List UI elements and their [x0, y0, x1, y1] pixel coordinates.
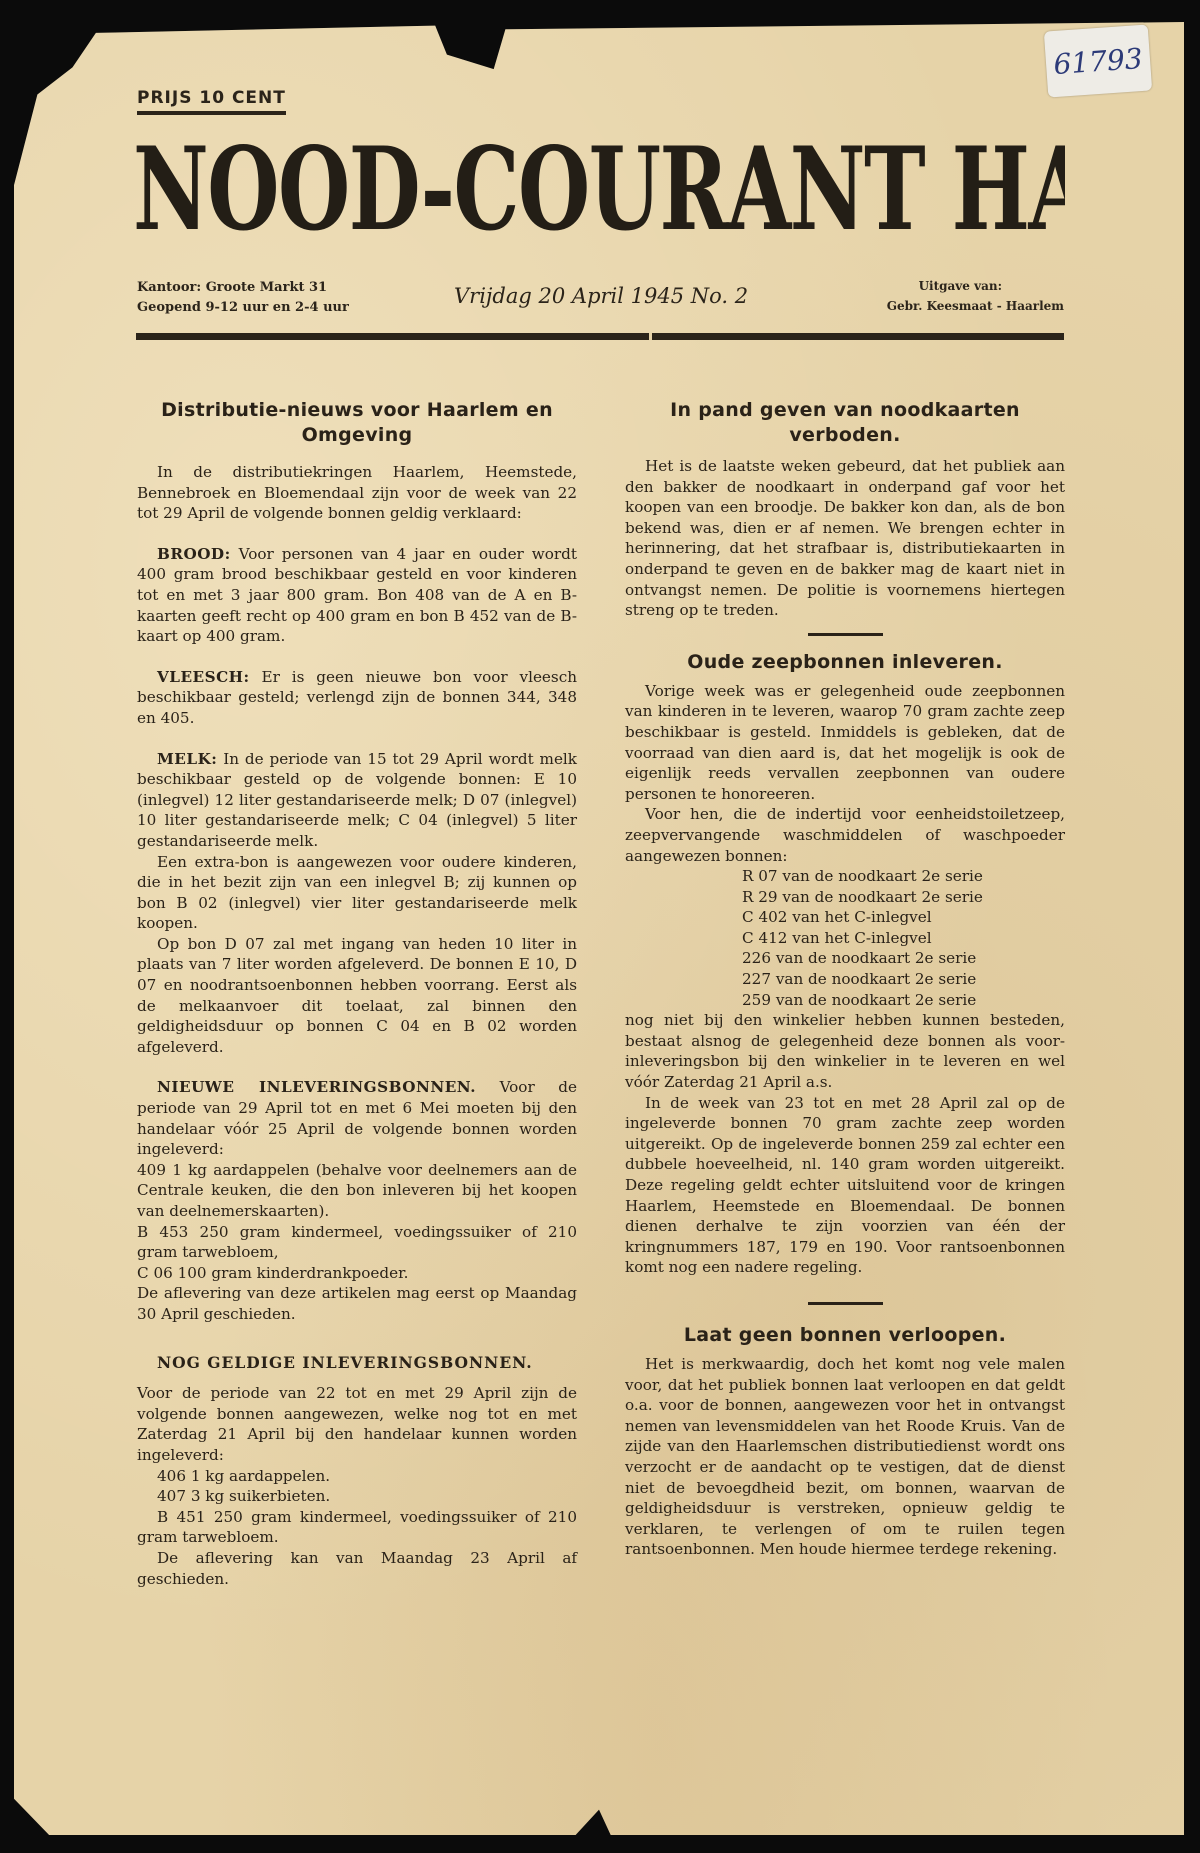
list-item: 407 3 kg suikerbieten. [157, 1486, 577, 1507]
nog-geldige-heading: NOG GELDIGE INLEVERINGSBONNEN. [137, 1353, 577, 1374]
vleesch-label: VLEESCH: [157, 668, 250, 686]
list-item: C 402 van het C-inlegvel [742, 907, 1065, 928]
nieuwe-item: B 453 250 gram kindermeel, voedingssuike… [137, 1222, 577, 1263]
masthead-title: NOOD-COURANT HAARLEM [133, 133, 1065, 245]
vleesch-paragraph: VLEESCH: Er is geen nieuwe bon voor vlee… [137, 667, 577, 729]
nieuwe-item: 409 1 kg aardappelen (behalve voor deeln… [137, 1160, 577, 1222]
nog-text: Voor de periode van 22 tot en met 29 Apr… [137, 1383, 577, 1465]
masthead-rule [136, 333, 1064, 340]
list-item: C 412 van het C-inlegvel [742, 928, 1065, 949]
publisher-label: Uitgave van: [840, 276, 1064, 296]
article-headline-noodkaarten: In pand geven van noodkaarten verboden. [625, 398, 1065, 448]
office-address: Kantoor: Groote Markt 31 [137, 278, 349, 298]
office-info: Kantoor: Groote Markt 31 Geopend 9-12 uu… [137, 278, 349, 318]
article-headline-verloopen: Laat geen bonnen verloopen. [625, 1323, 1065, 1348]
list-item: B 451 250 gram kindermeel, voedingssuike… [137, 1507, 577, 1548]
nog-footer: De aflevering kan van Maandag 23 April a… [137, 1548, 577, 1589]
left-column: Distributie-nieuws voor Haarlem en Omgev… [137, 398, 577, 1589]
nieuwe-paragraph: NIEUWE INLEVERINGSBONNEN. Voor de period… [137, 1077, 577, 1159]
zeepbonnen-paragraph-3: nog niet bij den winkelier hebben kunnen… [625, 1010, 1065, 1092]
nieuwe-item: De aflevering van deze artikelen mag eer… [137, 1283, 577, 1324]
list-item: 226 van de noodkaart 2e serie [742, 948, 1065, 969]
intro-paragraph: In de distributiekringen Haarlem, Heemst… [137, 462, 577, 524]
nieuwe-label: NIEUWE INLEVERINGSBONNEN. [157, 1078, 476, 1096]
publisher-info: Uitgave van: Gebr. Keesmaat - Haarlem [840, 276, 1064, 316]
list-item: 227 van de noodkaart 2e serie [742, 969, 1065, 990]
catalog-number-label: 61793 [1044, 24, 1152, 97]
article-separator [808, 633, 883, 636]
zeepbonnen-paragraph-2: Voor hen, die de indertijd voor eenheids… [625, 804, 1065, 866]
article-headline-distributie: Distributie-nieuws voor Haarlem en Omgev… [137, 398, 577, 448]
list-item: 259 van de noodkaart 2e serie [742, 990, 1065, 1011]
nieuwe-item: C 06 100 gram kinderdrankpoeder. [137, 1263, 577, 1284]
zeepbonnen-paragraph-1: Vorige week was er gelegenheid oude zeep… [625, 681, 1065, 805]
brood-paragraph: BROOD: Voor personen van 4 jaar en ouder… [137, 544, 577, 647]
list-item: 406 1 kg aardappelen. [157, 1466, 577, 1487]
noodkaarten-text: Het is de laatste weken gebeurd, dat het… [625, 456, 1065, 621]
dateline: Vrijdag 20 April 1945 No. 2 [454, 284, 748, 308]
zeepbonnen-paragraph-4: In de week van 23 tot en met 28 April za… [625, 1093, 1065, 1278]
article-headline-zeepbonnen: Oude zeepbonnen inleveren. [625, 650, 1065, 675]
melk-label: MELK: [157, 750, 217, 768]
publisher-name: Gebr. Keesmaat - Haarlem [887, 299, 1064, 313]
article-separator [808, 1302, 883, 1305]
price-label: PRIJS 10 CENT [137, 88, 286, 115]
verloopen-text: Het is merkwaardig, doch het komt nog ve… [625, 1354, 1065, 1560]
masthead-title-text: NOOD-COURANT HAARLEM [133, 133, 1065, 245]
nog-bon-list: 406 1 kg aardappelen. 407 3 kg suikerbie… [137, 1466, 577, 1507]
melk-paragraph-3: Op bon D 07 zal met ingang van heden 10 … [137, 934, 577, 1058]
melk-paragraph: MELK: In de periode van 15 tot 29 April … [137, 749, 577, 852]
brood-label: BROOD: [157, 545, 231, 563]
melk-paragraph-2: Een extra-bon is aangewezen voor oudere … [137, 852, 577, 934]
list-item: R 29 van de noodkaart 2e serie [742, 887, 1065, 908]
zeep-bon-list: R 07 van de noodkaart 2e serie R 29 van … [625, 866, 1065, 1010]
list-item: R 07 van de noodkaart 2e serie [742, 866, 1065, 887]
right-column: In pand geven van noodkaarten verboden. … [625, 398, 1065, 1560]
office-hours: Geopend 9-12 uur en 2-4 uur [137, 298, 349, 318]
